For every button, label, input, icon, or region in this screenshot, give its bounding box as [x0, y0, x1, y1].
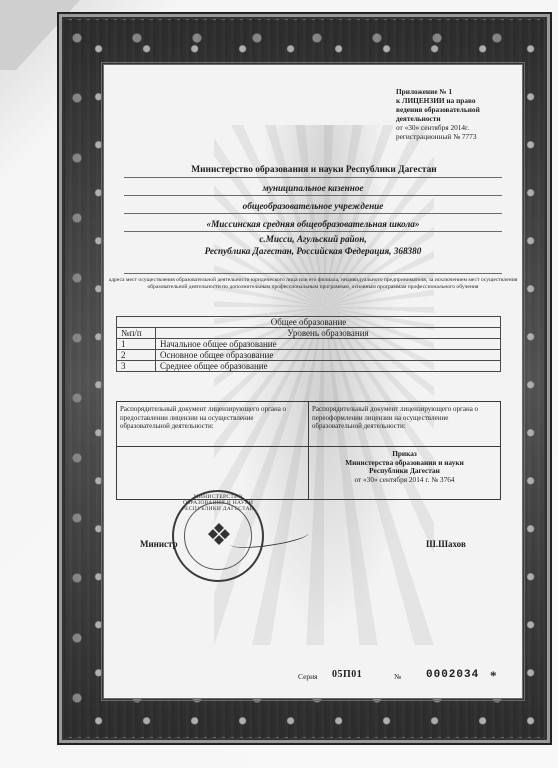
column-header-number: №п/п — [117, 328, 156, 339]
grant-document-header: Распорядительный документ лицензирующего… — [117, 402, 309, 447]
divider — [124, 273, 502, 274]
column-header-level: Уровень образования — [156, 328, 501, 339]
address-caption: адреса мест осуществления образовательно… — [104, 277, 522, 291]
org-name: «Миссинская средняя общеобразовательная … — [124, 219, 502, 229]
org-type-line-1: муниципальное казенное — [124, 183, 502, 193]
org-type-line-2: общеобразовательное учреждение — [124, 201, 502, 211]
appendix-license-ref-2: ведения образовательной — [396, 105, 516, 114]
row-number: 1 — [117, 339, 156, 350]
appendix-license-ref: к ЛИЦЕНЗИИ на право — [396, 96, 516, 105]
appendix-date: от «30» сентября 2014г. — [396, 123, 516, 132]
row-level: Начальное общее образование — [156, 339, 501, 350]
org-address-line-1: с.Мисси, Агульский район, — [124, 234, 502, 244]
divider — [124, 195, 502, 196]
reissue-document-header: Распорядительный документ лицензирующего… — [309, 402, 501, 447]
administrative-documents-table: Распорядительный документ лицензирующего… — [116, 401, 501, 500]
row-number: 3 — [117, 361, 156, 372]
divider — [124, 231, 502, 232]
org-address-line-2: Республика Дагестан, Российская Федераци… — [124, 246, 502, 256]
table-row: 2 Основное общее образование — [117, 350, 501, 361]
seal-text: МИНИСТЕРСТВО ОБРАЗОВАНИЯ И НАУКИ РЕСПУБЛ… — [174, 494, 262, 512]
appendix-license-ref-3: деятельности — [396, 114, 516, 123]
divider — [124, 213, 502, 214]
series-label: Серия — [298, 672, 318, 681]
education-levels-table: Общее образование №п/п Уровень образован… — [116, 316, 501, 372]
eagle-emblem-icon: ❖ — [202, 516, 236, 556]
table-row: 1 Начальное общее образование — [117, 339, 501, 350]
signatory-name: Ш.Шахов — [426, 539, 466, 549]
appendix-number: Приложение № 1 — [396, 87, 516, 96]
asterisk-mark-icon: * — [490, 668, 497, 684]
row-number: 2 — [117, 350, 156, 361]
signatory-position: Министр — [140, 539, 178, 549]
divider — [124, 177, 502, 178]
license-appendix-page: Приложение № 1 к ЛИЦЕНЗИИ на право веден… — [104, 65, 522, 698]
appendix-registration: регистрационный № 7773 — [396, 132, 516, 141]
blank-number: 0002034 — [426, 669, 479, 681]
table-row: 3 Среднее общее образование — [117, 361, 501, 372]
reissue-document-value: Приказ Министерства образования и науки … — [309, 447, 501, 500]
row-level: Среднее общее образование — [156, 361, 501, 372]
order-date-number: от «30» сентября 2014 г. № 3764 — [312, 476, 497, 485]
appendix-header: Приложение № 1 к ЛИЦЕНЗИИ на право веден… — [396, 87, 516, 141]
number-label: № — [394, 672, 401, 681]
education-table-title: Общее образование — [117, 317, 501, 328]
ministry-title: Министерство образования и науки Республ… — [114, 165, 514, 175]
series-value: 05П01 — [332, 669, 362, 680]
row-level: Основное общее образование — [156, 350, 501, 361]
